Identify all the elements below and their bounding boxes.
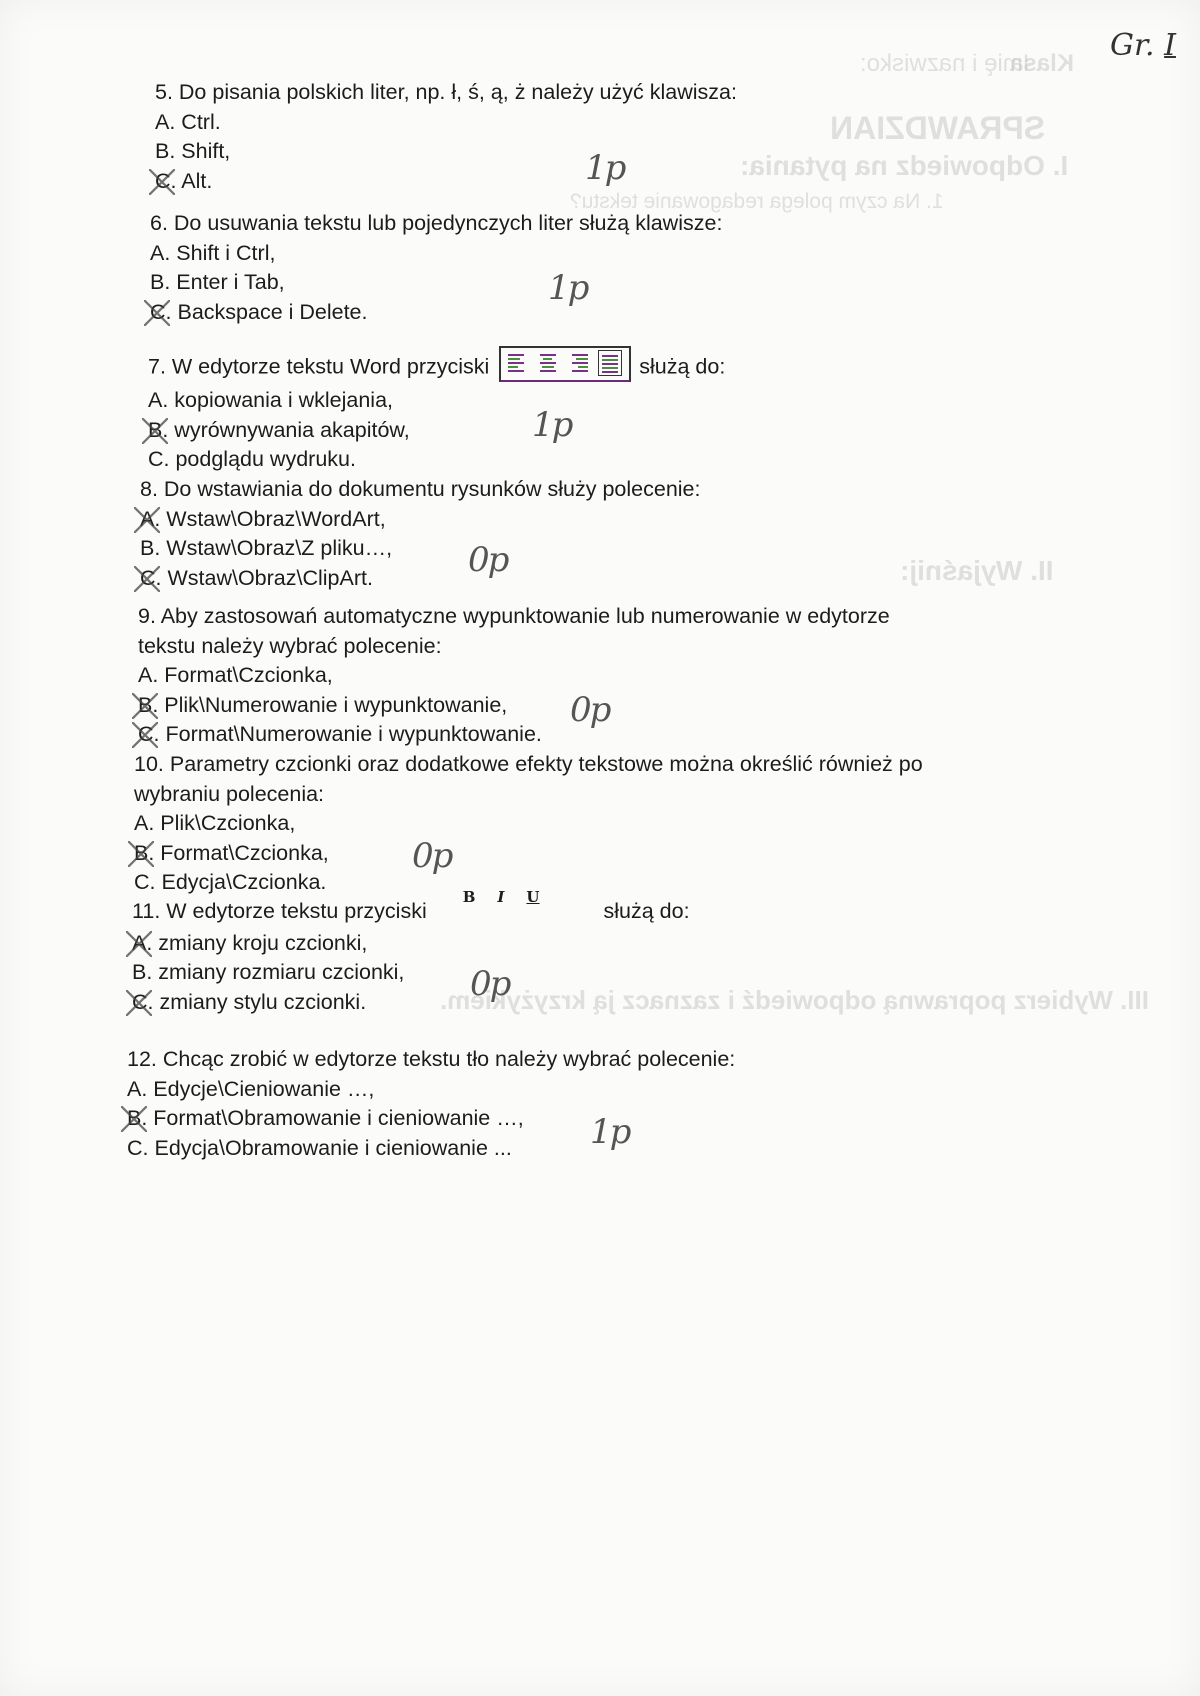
show-through-section-1: I. Odpowiedz na pytania: bbox=[740, 150, 1068, 182]
option-text: . Format\Numerowanie i wypunktowanie. bbox=[154, 722, 542, 746]
handwritten-score: 0p bbox=[412, 836, 451, 876]
alignment-toolbar bbox=[499, 346, 631, 382]
option-letter: C bbox=[134, 868, 150, 898]
answer-option-a[interactable]: A. Edycje\Cieniowanie …, bbox=[127, 1075, 735, 1105]
italic-icon: I bbox=[497, 888, 504, 906]
handwritten-score: 1p bbox=[532, 405, 571, 445]
answer-option-c[interactable]: C. Edycja\Obramowanie i cieniowanie ... bbox=[127, 1134, 735, 1164]
option-letter: B bbox=[138, 691, 152, 721]
option-letter: A bbox=[150, 239, 164, 269]
option-text: . Format\Czcionka, bbox=[148, 841, 328, 865]
align-center-icon bbox=[538, 350, 562, 374]
answer-option-b[interactable]: B. Enter i Tab, bbox=[150, 268, 722, 298]
show-through-class: Klasa bbox=[1010, 50, 1074, 78]
option-letter: A bbox=[132, 929, 146, 959]
question-7: 7. W edytorze tekstu Word przyciski służ… bbox=[148, 350, 725, 475]
option-text: . Edycje\Cieniowanie …, bbox=[141, 1077, 374, 1101]
handwritten-score: 1p bbox=[585, 148, 624, 188]
answer-option-b[interactable]: B. Format\Czcionka, bbox=[134, 839, 923, 869]
answer-option-c[interactable]: C. podglądu wydruku. bbox=[148, 445, 725, 475]
handwritten-score: 1p bbox=[590, 1112, 629, 1152]
question-stem: 10. Parametry czcionki oraz dodatkowe ef… bbox=[134, 750, 923, 780]
answer-option-c[interactable]: C. Format\Numerowanie i wypunktowanie. bbox=[138, 720, 890, 750]
answer-option-b[interactable]: B. zmiany rozmiaru czcionki, bbox=[132, 958, 690, 988]
option-text: . Enter i Tab, bbox=[164, 270, 284, 294]
answer-option-c[interactable]: C. zmiany stylu czcionki. bbox=[132, 988, 690, 1018]
align-left-icon bbox=[508, 350, 532, 374]
option-text: . Edycja\Obramowanie i cieniowanie ... bbox=[143, 1136, 512, 1160]
answer-option-a[interactable]: A. Ctrl. bbox=[155, 108, 737, 138]
option-letter: C bbox=[150, 298, 166, 328]
option-text: . Plik\Czcionka, bbox=[148, 811, 295, 835]
question-8: 8. Do wstawiania do dokumentu rysunków s… bbox=[140, 475, 701, 593]
option-text: . wyrównywania akapitów, bbox=[162, 418, 409, 442]
option-text: . Format\Obramowanie i cieniowanie …, bbox=[141, 1106, 523, 1130]
align-right-icon bbox=[568, 350, 592, 374]
option-letter: C bbox=[138, 720, 154, 750]
answer-option-a[interactable]: A. Shift i Ctrl, bbox=[150, 239, 722, 269]
question-10: 10. Parametry czcionki oraz dodatkowe ef… bbox=[134, 750, 923, 898]
option-text: . Wstaw\Obraz\Z pliku…, bbox=[154, 536, 392, 560]
option-letter: B bbox=[134, 839, 148, 869]
handwritten-score: 0p bbox=[570, 690, 609, 730]
option-letter: C bbox=[127, 1134, 143, 1164]
option-text: . Wstaw\Obraz\ClipArt. bbox=[156, 566, 373, 590]
option-text: . Alt. bbox=[171, 169, 213, 193]
option-text: . Format\Czcionka, bbox=[152, 663, 332, 687]
option-letter: C bbox=[148, 445, 164, 475]
option-letter: C bbox=[155, 167, 171, 197]
option-text: . kopiowania i wklejania, bbox=[162, 388, 393, 412]
option-text: . zmiany kroju czcionki, bbox=[146, 931, 367, 955]
question-stem: tekstu należy wybrać polecenie: bbox=[138, 632, 890, 662]
question-stem: wybraniu polecenia: bbox=[134, 780, 923, 810]
answer-option-a[interactable]: A. Wstaw\Obraz\WordArt, bbox=[140, 505, 701, 535]
question-stem: 9. Aby zastosowań automatyczne wypunktow… bbox=[138, 602, 890, 632]
answer-option-a[interactable]: A. zmiany kroju czcionki, bbox=[132, 929, 690, 959]
question-stem: 6. Do usuwania tekstu lub pojedynczych l… bbox=[150, 209, 722, 239]
answer-option-b[interactable]: B. Wstaw\Obraz\Z pliku…, bbox=[140, 534, 701, 564]
answer-option-b[interactable]: B. Format\Obramowanie i cieniowanie …, bbox=[127, 1104, 735, 1134]
question-12: 12. Chcąc zrobić w edytorze tekstu tło n… bbox=[127, 1045, 735, 1163]
option-letter: C bbox=[132, 988, 148, 1018]
handwritten-score: 0p bbox=[470, 964, 509, 1004]
question-6: 6. Do usuwania tekstu lub pojedynczych l… bbox=[150, 209, 722, 327]
option-letter: A bbox=[148, 386, 162, 416]
answer-option-b[interactable]: B. wyrównywania akapitów, bbox=[148, 416, 725, 446]
option-text: . Edycja\Czcionka. bbox=[150, 870, 327, 894]
answer-option-a[interactable]: A. Plik\Czcionka, bbox=[134, 809, 923, 839]
option-letter: A bbox=[134, 809, 148, 839]
handwritten-score: 0p bbox=[468, 540, 507, 580]
option-letter: B bbox=[148, 416, 162, 446]
option-text: . Shift i Ctrl, bbox=[164, 241, 275, 265]
show-through-section-2: II. Wyjaśnij: bbox=[900, 555, 1054, 587]
question-11: 11. W edytorze tekstu przyciski BIU służ… bbox=[132, 897, 690, 1017]
option-letter: B bbox=[140, 534, 154, 564]
question-stem: 11. W edytorze tekstu przyciski BIU służ… bbox=[132, 897, 690, 929]
answer-option-a[interactable]: A. Format\Czcionka, bbox=[138, 661, 890, 691]
option-text: . Plik\Numerowanie i wypunktowanie, bbox=[152, 693, 507, 717]
option-text: . Backspace i Delete. bbox=[166, 300, 368, 324]
option-letter: B bbox=[155, 137, 169, 167]
show-through-name: Imię i nazwisko: bbox=[860, 50, 1029, 78]
align-justify-icon bbox=[598, 350, 622, 376]
format-buttons: BIU bbox=[463, 883, 562, 913]
question-9: 9. Aby zastosowań automatyczne wypunktow… bbox=[138, 602, 890, 750]
answer-option-c[interactable]: C. Wstaw\Obraz\ClipArt. bbox=[140, 564, 701, 594]
group-mark: Gr. I bbox=[1110, 28, 1176, 63]
question-stem: 8. Do wstawiania do dokumentu rysunków s… bbox=[140, 475, 701, 505]
option-letter: A bbox=[155, 108, 169, 138]
show-through-title: SPRAWDZIAN bbox=[830, 110, 1045, 147]
question-stem: 12. Chcąc zrobić w edytorze tekstu tło n… bbox=[127, 1045, 735, 1075]
option-text: . Wstaw\Obraz\WordArt, bbox=[154, 507, 385, 531]
option-letter: C bbox=[140, 564, 156, 594]
option-letter: B bbox=[150, 268, 164, 298]
question-5: 5. Do pisania polskich liter, np. ł, ś, … bbox=[155, 78, 737, 196]
answer-option-c[interactable]: C. Alt. bbox=[155, 167, 737, 197]
answer-option-b[interactable]: B. Plik\Numerowanie i wypunktowanie, bbox=[138, 691, 890, 721]
option-letter: A bbox=[138, 661, 152, 691]
handwritten-score: 1p bbox=[548, 268, 587, 308]
answer-option-c[interactable]: C. Backspace i Delete. bbox=[150, 298, 722, 328]
answer-option-b[interactable]: B. Shift, bbox=[155, 137, 737, 167]
option-text: . zmiany stylu czcionki. bbox=[148, 990, 367, 1014]
option-letter: A bbox=[127, 1075, 141, 1105]
underline-icon: U bbox=[526, 888, 539, 906]
option-text: . Ctrl. bbox=[169, 110, 220, 134]
question-stem: 5. Do pisania polskich liter, np. ł, ś, … bbox=[155, 78, 737, 108]
question-stem: 7. W edytorze tekstu Word przyciski służ… bbox=[148, 350, 725, 386]
option-text: . podglądu wydruku. bbox=[164, 447, 356, 471]
option-letter: B bbox=[132, 958, 146, 988]
bold-icon: B bbox=[463, 888, 476, 906]
option-letter: B bbox=[127, 1104, 141, 1134]
option-text: . Shift, bbox=[169, 139, 230, 163]
answer-option-a[interactable]: A. kopiowania i wklejania, bbox=[148, 386, 725, 416]
option-letter: A bbox=[140, 505, 154, 535]
option-text: . zmiany rozmiaru czcionki, bbox=[146, 960, 404, 984]
